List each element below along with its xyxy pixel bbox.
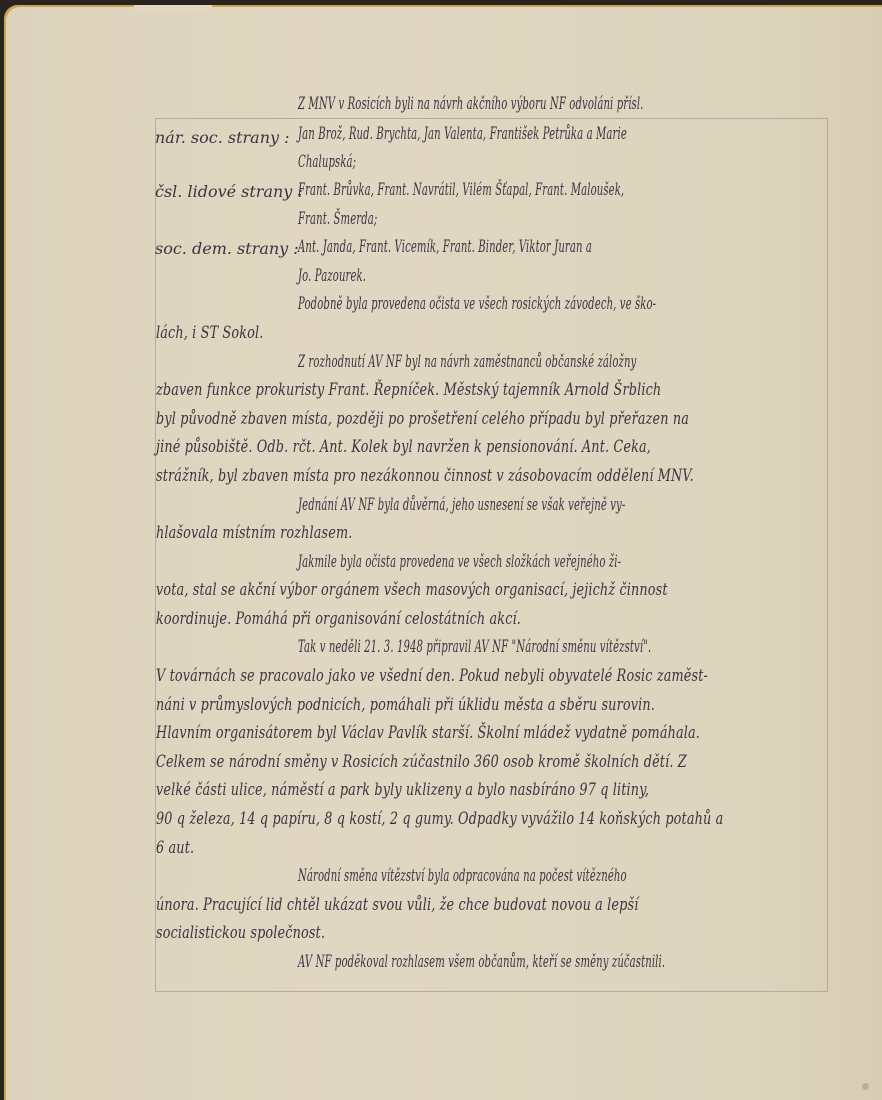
text-line: Frant. Šmerda; — [298, 209, 820, 229]
text-line: Celkem se národní směny v Rosicích zúčas… — [156, 752, 820, 772]
text-line: 90 q železa, 14 q papíru, 8 q kostí, 2 q… — [156, 809, 820, 829]
text-line: Chalupská; — [298, 152, 820, 172]
text-line: vota, stal se akční výbor orgánem všech … — [156, 580, 820, 600]
text-line: náni v průmyslových podnicích, pomáhali … — [156, 695, 820, 715]
margin-label-national-socialists: nár. soc. strany : — [155, 128, 290, 147]
text-line: byl původně zbaven místa, později po pro… — [156, 409, 820, 429]
margin-label-peoples-party: čsl. lidové strany : — [155, 182, 303, 201]
text-line: jiné působiště. Odb. rčt. Ant. Kolek byl… — [156, 437, 820, 457]
margin-label-social-democrats: soc. dem. strany : — [155, 239, 299, 258]
text-line: strážník, byl zbaven místa pro nezákonno… — [156, 466, 820, 486]
text-line: socialistickou společnost. — [156, 923, 820, 943]
paper-spot — [862, 1083, 869, 1090]
text-line: Z rozhodnutí AV NF byl na návrh zaměstna… — [298, 352, 820, 372]
text-line: Ant. Janda, Frant. Vicemík, Frant. Binde… — [298, 237, 820, 257]
text-line: velké části ulice, náměstí a park byly u… — [156, 780, 820, 800]
text-line: Jakmile byla očista provedena ve všech s… — [298, 552, 820, 572]
text-line: února. Pracující lid chtěl ukázat svou v… — [156, 895, 820, 915]
text-line: Tak v neděli 21. 3. 1948 připravil AV NF… — [298, 637, 820, 657]
text-line: Jo. Pazourek. — [298, 266, 820, 286]
text-line: Hlavním organisátorem byl Václav Pavlík … — [156, 723, 820, 743]
text-line: Jednání AV NF byla důvěrná, jeho usnesen… — [298, 495, 820, 515]
text-line: 6 aut. — [156, 838, 820, 858]
text-line: Národní směna vítězství byla odpracována… — [298, 866, 820, 886]
text-line: Podobně byla provedena očista ve všech r… — [298, 294, 820, 314]
text-line: hlašovala místním rozhlasem. — [156, 523, 820, 543]
text-line: AV NF poděkoval rozhlasem všem občanům, … — [298, 952, 820, 972]
text-line: Frant. Brůvka, Frant. Navrátil, Vilém Šť… — [298, 180, 820, 200]
text-line: Z MNV v Rosicích byli na návrh akčního v… — [298, 94, 820, 114]
page-tab — [134, 5, 212, 11]
text-line: V továrnách se pracovalo jako ve všední … — [156, 666, 820, 686]
text-line: lách, i ST Sokol. — [156, 323, 820, 343]
text-line: Jan Brož, Rud. Brychta, Jan Valenta, Fra… — [298, 124, 820, 144]
text-line: koordinuje. Pomáhá při organisování celo… — [156, 609, 820, 629]
text-line: zbaven funkce prokuristy Frant. Řepníček… — [156, 380, 820, 400]
